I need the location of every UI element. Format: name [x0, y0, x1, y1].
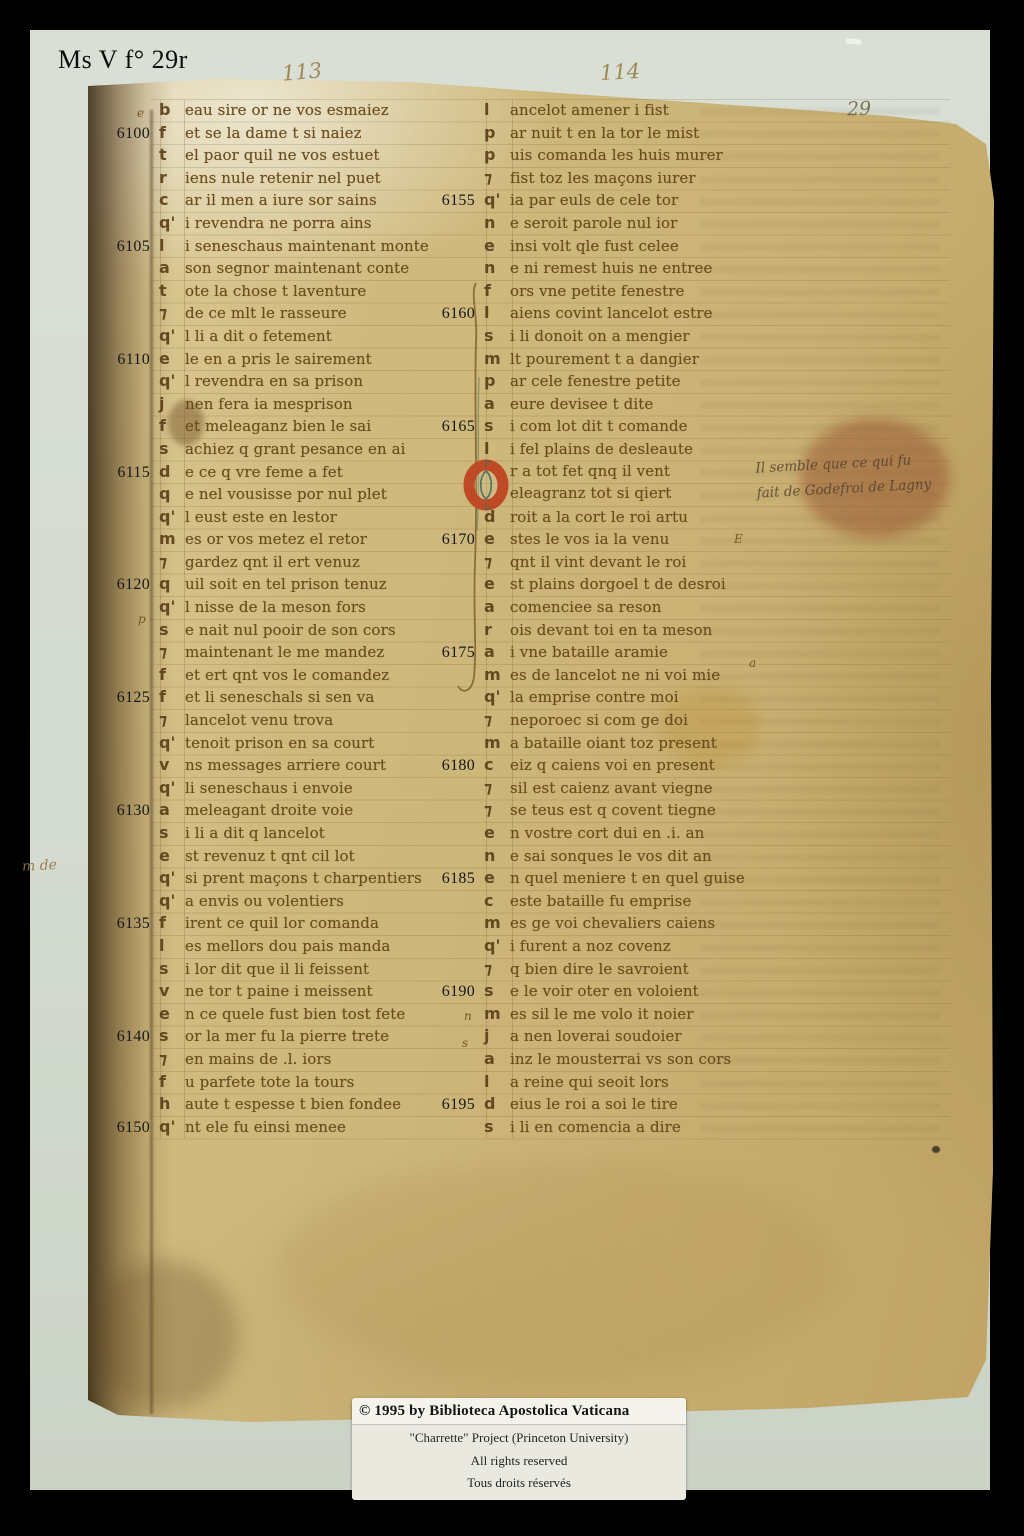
verse-line: q'li seneschaus i envoie — [103, 778, 455, 801]
printed-line-number: 6190 — [428, 983, 484, 1001]
verse-line: 6150q'nt ele fu einsi menee — [103, 1117, 455, 1140]
verse-initial: q' — [159, 868, 185, 887]
manuscript-scan: Ms V f° 29r 113 114 29 beau sire or ne v… — [0, 0, 1024, 1536]
verse-line: 6140sor la mer fu la pierre trete — [103, 1026, 455, 1049]
verse-text: la emprise contre moi — [510, 688, 864, 706]
verse-line: q'l eust este en lestor — [103, 507, 455, 530]
margin-guide-letter: s — [462, 1036, 468, 1050]
verse-initial: q' — [159, 597, 185, 616]
verse-line: q'tenoit prison en sa court — [103, 733, 455, 756]
verse-text: st plains dorgoel t de desroi — [510, 575, 864, 593]
verse-text: or la mer fu la pierre trete — [185, 1027, 455, 1045]
verse-line: 6120quil soit en tel prison tenuz — [103, 574, 455, 597]
verse-text: a nen loverai soudoier — [510, 1027, 864, 1045]
verse-initial: ⁊ — [484, 959, 510, 978]
verse-initial: h — [159, 1094, 185, 1113]
verse-initial: l — [484, 1072, 510, 1091]
printed-line-number: 6105 — [103, 238, 159, 256]
verse-initial: q — [159, 574, 185, 593]
verse-line: q'i revendra ne porra ains — [103, 213, 455, 236]
verse-line: 6100fet se la dame t si naiez — [103, 123, 455, 146]
verse-initial: r — [159, 168, 185, 187]
verse-text: uil soit en tel prison tenuz — [185, 575, 455, 593]
verse-text: irent ce quil lor comanda — [185, 914, 455, 932]
verse-text: ois devant toi en ta meson — [510, 621, 864, 639]
verse-text: eiz q caiens voi en present — [510, 756, 864, 774]
verse-initial: q' — [159, 213, 185, 232]
verse-initial: q' — [159, 891, 185, 910]
caption-project: "Charrette" Project (Princeton Universit… — [352, 1430, 686, 1447]
verse-initial: ⁊ — [484, 168, 510, 187]
verse-initial: ⁊ — [159, 1049, 185, 1068]
verse-text: es or vos metez el retor — [185, 530, 455, 548]
verse-initial: s — [159, 620, 185, 639]
caption-copyright: © 1995 by Biblioteca Apostolica Vaticana — [352, 1398, 686, 1424]
verse-text: st revenuz t qnt cil lot — [185, 847, 455, 865]
caption-card: © 1995 by Biblioteca Apostolica Vaticana… — [352, 1398, 686, 1500]
printed-line-number: 6185 — [428, 870, 484, 888]
verse-initial: n — [484, 213, 510, 232]
verse-initial: e — [159, 846, 185, 865]
verse-initial: m — [159, 529, 185, 548]
verse-initial: f — [159, 665, 185, 684]
verse-line: fet ert qnt vos le comandez — [103, 665, 455, 688]
verse-initial: s — [159, 1026, 185, 1045]
verse-line: si li a dit q lancelot — [103, 823, 455, 846]
verse-initial: ⁊ — [484, 778, 510, 797]
verse-text: et se la dame t si naiez — [185, 124, 455, 142]
verse-initial: a — [484, 1049, 510, 1068]
verse-line: riens nule retenir nel puet — [103, 168, 455, 191]
verse-text: comenciee sa reson — [510, 598, 864, 616]
verse-line: 6125fet li seneschals si sen va — [103, 687, 455, 710]
verse-line: mes or vos metez el retor — [103, 529, 455, 552]
verse-initial: p — [484, 123, 510, 142]
verse-line: ⁊fist toz les maçons iurer — [428, 168, 864, 191]
verse-line: mes sil le me volo it noier — [428, 1004, 864, 1027]
verse-initial: s — [159, 823, 185, 842]
verse-initial: ⁊ — [159, 710, 185, 729]
verse-line: ma bataille oiant toz present — [428, 733, 864, 756]
verse-initial: c — [484, 891, 510, 910]
verse-line: q'l revendra en sa prison — [103, 371, 455, 394]
printed-line-number: 6180 — [428, 757, 484, 775]
verse-initial: e — [484, 823, 510, 842]
verse-initial: q' — [159, 326, 185, 345]
verse-text: q bien dire le savroient — [510, 960, 864, 978]
verse-text: i lor dit que il li feissent — [185, 960, 455, 978]
verse-initial: b — [159, 100, 185, 119]
verse-line: 6185en quel meniere t en quel guise — [428, 868, 864, 891]
printed-line-number: 6135 — [103, 915, 159, 933]
verse-initial: s — [484, 1117, 510, 1136]
verse-initial: s — [484, 981, 510, 1000]
verse-initial: a — [159, 258, 185, 277]
verse-text: i furent a noz covenz — [510, 937, 864, 955]
verse-text: eure devisee t dite — [510, 395, 864, 413]
verse-line: mes ge voi chevaliers caiens — [428, 913, 864, 936]
verse-text: e seroit parole nul ior — [510, 214, 864, 232]
caption-rights-en: All rights reserved — [352, 1453, 686, 1470]
verse-initial: d — [484, 1094, 510, 1113]
verse-initial: q' — [159, 507, 185, 526]
verse-initial: f — [159, 416, 185, 435]
verse-line: 6135firent ce quil lor comanda — [103, 913, 455, 936]
verse-line: ⁊q bien dire le savroient — [428, 959, 864, 982]
verse-text: e ni remest huis ne entree — [510, 259, 864, 277]
verse-text: et li seneschals si sen va — [185, 688, 455, 706]
verse-line: jnen fera ia mesprison — [103, 394, 455, 417]
verse-line: les mellors dou pais manda — [103, 936, 455, 959]
printed-line-number: 6110 — [103, 351, 159, 369]
verse-text: i vne bataille aramie — [510, 643, 864, 661]
verse-text: inz le mousterrai vs son cors — [510, 1050, 864, 1068]
verse-text: nen fera ia mesprison — [185, 395, 455, 413]
verse-line: q'i furent a noz covenz — [428, 936, 864, 959]
verse-line: ⁊se teus est q covent tiegne — [428, 800, 864, 823]
verse-text: gardez qnt il ert venuz — [185, 553, 455, 571]
verse-text: u parfete tote la tours — [185, 1073, 455, 1091]
verse-text: es de lancelot ne ni voi mie — [510, 666, 864, 684]
verse-initial: m — [484, 733, 510, 752]
verse-initial: l — [159, 236, 185, 255]
verse-text: de ce mlt le rasseure — [185, 304, 455, 322]
verse-initial: q — [159, 484, 185, 503]
verse-line: 6155q'ia par euls de cele tor — [428, 190, 864, 213]
verse-text: es ge voi chevaliers caiens — [510, 914, 864, 932]
verse-initial: q' — [484, 936, 510, 955]
verse-initial: q' — [159, 778, 185, 797]
verse-line: si li en comencia a dire — [428, 1117, 864, 1140]
verse-line: einsi volt qle fust celee — [428, 236, 864, 259]
verse-initial: ⁊ — [484, 710, 510, 729]
margin-guide-letter: E — [734, 532, 743, 546]
verse-initial: s — [159, 959, 185, 978]
verse-initial: j — [159, 394, 185, 413]
verse-initial: c — [484, 755, 510, 774]
verse-text: roit a la cort le roi artu — [510, 508, 864, 526]
verse-initial: d — [159, 462, 185, 481]
verse-line: ne ni remest huis ne entree — [428, 258, 864, 281]
verse-text: se teus est q covent tiegne — [510, 801, 864, 819]
verse-line: qe nel vousisse por nul plet — [103, 484, 455, 507]
verse-initial: ⁊ — [159, 303, 185, 322]
verse-line: ⁊gardez qnt il ert venuz — [103, 552, 455, 575]
verse-text: si prent maçons t charpentiers — [185, 869, 455, 887]
verse-initial: t — [159, 145, 185, 164]
printed-line-number: 6120 — [103, 576, 159, 594]
verse-text: qnt il vint devant le roi — [510, 553, 864, 571]
verse-line: la reine qui seoit lors — [428, 1072, 864, 1095]
verse-line: 6130ameleagant droite voie — [103, 800, 455, 823]
verse-text: uis comanda les huis murer — [510, 146, 864, 164]
verse-initial: j — [484, 1026, 510, 1045]
verse-line: ⁊maintenant le me mandez — [103, 642, 455, 665]
verse-initial: e — [484, 236, 510, 255]
verse-initial: t — [159, 281, 185, 300]
verse-initial: f — [159, 123, 185, 142]
verse-text: n vostre cort dui en .i. an — [510, 824, 864, 842]
verse-line: ja nen loverai soudoier — [428, 1026, 864, 1049]
verse-initial: q' — [484, 190, 510, 209]
verse-initial: f — [159, 913, 185, 932]
verse-text: i li donoit on a mengier — [510, 327, 864, 345]
printed-line-number: 6140 — [103, 1028, 159, 1046]
verse-line: 6190se le voir oter en voloient — [428, 981, 864, 1004]
verse-text: eau sire or ne vos esmaiez — [185, 101, 455, 119]
shelfmark-label: Ms V f° 29r — [58, 45, 188, 75]
verse-text: l nisse de la meson fors — [185, 598, 455, 616]
verse-initial: ⁊ — [484, 800, 510, 819]
verse-line: ⁊sil est caienz avant viegne — [428, 778, 864, 801]
verse-text: insi volt qle fust celee — [510, 237, 864, 255]
parchment-mottling — [278, 1160, 838, 1380]
verse-initial: a — [159, 800, 185, 819]
verse-line: ⁊de ce mlt le rasseure — [103, 303, 455, 326]
verse-line: se nait nul pooir de son cors — [103, 620, 455, 643]
verse-line: tote la chose t laventure — [103, 281, 455, 304]
verse-text: stes le vos ia la venu — [510, 530, 864, 548]
verse-line: si lor dit que il li feissent — [103, 959, 455, 982]
verse-text: i revendra ne porra ains — [185, 214, 455, 232]
verse-text: sil est caienz avant viegne — [510, 779, 864, 797]
verse-text: ia par euls de cele tor — [510, 191, 864, 209]
handwritten-page-number-right: 114 — [599, 59, 640, 85]
printed-line-number: 6130 — [103, 802, 159, 820]
printed-line-number: 6150 — [103, 1119, 159, 1137]
verse-text: i li en comencia a dire — [510, 1118, 864, 1136]
verse-initial: s — [159, 439, 185, 458]
verse-initial: e — [159, 1004, 185, 1023]
handwritten-page-number-left: 113 — [281, 58, 323, 85]
verse-text: n quel meniere t en quel guise — [510, 869, 864, 887]
verse-line: par nuit t en la tor le mist — [428, 123, 864, 146]
verse-line: ainz le mousterrai vs son cors — [428, 1049, 864, 1072]
verse-line: q'si prent maçons t charpentiers — [103, 868, 455, 891]
verse-line: sachiez q grant pesance en ai — [103, 439, 455, 462]
verse-text: es mellors dou pais manda — [185, 937, 455, 955]
verse-text: maintenant le me mandez — [185, 643, 455, 661]
printed-line-number: 6155 — [428, 192, 484, 210]
verse-text: l li a dit o fetement — [185, 327, 455, 345]
verse-initial: ⁊ — [159, 552, 185, 571]
verse-text: li seneschaus i envoie — [185, 779, 455, 797]
verse-text: e nait nul pooir de son cors — [185, 621, 455, 639]
verse-line: est revenuz t qnt cil lot — [103, 846, 455, 869]
verse-text: eius le roi a soi le tire — [510, 1095, 864, 1113]
verse-text: ar nuit t en la tor le mist — [510, 124, 864, 142]
verse-initial: n — [484, 846, 510, 865]
verse-text: aiens covint lancelot estre — [510, 304, 864, 322]
verse-line: q'l li a dit o fetement — [103, 326, 455, 349]
verse-line: en ce quele fust bien tost fete — [103, 1004, 455, 1027]
verse-text: e nel vousisse por nul plet — [185, 485, 455, 503]
verse-text: a bataille oiant toz present — [510, 734, 864, 752]
verse-line: car il men a iure sor sains — [103, 190, 455, 213]
verse-text: et meleaganz bien le sai — [185, 417, 455, 435]
verse-text: le en a pris le sairement — [185, 350, 455, 368]
verse-text: a envis ou volentiers — [185, 892, 455, 910]
printed-line-number: 6115 — [103, 464, 159, 482]
verse-text: aute t espesse t bien fondee — [185, 1095, 455, 1113]
verse-text: ancelot amener i fist — [510, 101, 864, 119]
verse-line: vns messages arriere court — [103, 755, 455, 778]
verse-initial: m — [484, 1004, 510, 1023]
verse-text: nt ele fu einsi menee — [185, 1118, 455, 1136]
verse-line: beau sire or ne vos esmaiez — [103, 100, 455, 123]
verse-initial: f — [159, 1072, 185, 1091]
verse-initial: m — [484, 913, 510, 932]
caption-rights-fr: Tous droits réservés — [352, 1475, 686, 1492]
verse-initial: q' — [159, 733, 185, 752]
verse-text: ar cele fenestre petite — [510, 372, 864, 390]
verse-line: ⁊lancelot venu trova — [103, 710, 455, 733]
verse-text: ote la chose t laventure — [185, 282, 455, 300]
verse-text: lancelot venu trova — [185, 711, 455, 729]
margin-guide-letter: e — [137, 106, 144, 120]
verse-line: ⁊en mains de .l. iors — [103, 1049, 455, 1072]
verse-text: l eust este en lestor — [185, 508, 455, 526]
verse-text: en mains de .l. iors — [185, 1050, 455, 1068]
verse-line: ne sai sonques le vos dit an — [428, 846, 864, 869]
verse-line: vne tor t paine i meissent — [103, 981, 455, 1004]
verse-line: lancelot amener i fist — [428, 100, 864, 123]
verse-line: en vostre cort dui en .i. an — [428, 823, 864, 846]
verse-initial: q' — [159, 371, 185, 390]
verse-line: 6105li seneschaus maintenant monte — [103, 236, 455, 259]
verse-text: e sai sonques le vos dit an — [510, 847, 864, 865]
parchment-mottling — [88, 1260, 238, 1410]
verse-text: achiez q grant pesance en ai — [185, 440, 455, 458]
verse-initial: e — [159, 349, 185, 368]
left-edge-text-fragment: m de — [22, 857, 58, 875]
verse-text: ne tor t paine i meissent — [185, 982, 455, 1000]
verse-line: fu parfete tote la tours — [103, 1072, 455, 1095]
verse-text: ns messages arriere court — [185, 756, 455, 774]
verse-text: i li a dit q lancelot — [185, 824, 455, 842]
verse-initial: f — [159, 687, 185, 706]
verse-text: ar il men a iure sor sains — [185, 191, 455, 209]
verse-text: son segnor maintenant conte — [185, 259, 455, 277]
verse-text: i com lot dit t comande — [510, 417, 864, 435]
margin-guide-letter: a — [749, 656, 756, 670]
verse-line: ceste bataille fu emprise — [428, 891, 864, 914]
verse-line: 6180ceiz q caiens voi en present — [428, 755, 864, 778]
verse-text: e ce q vre feme a fet — [185, 463, 455, 481]
printed-line-number: 6100 — [103, 125, 159, 143]
verse-text: meleagant droite voie — [185, 801, 455, 819]
verse-line: 6115de ce q vre feme a fet — [103, 462, 455, 485]
margin-guide-letter: n — [464, 1009, 472, 1023]
verse-text: lt pourement t a dangier — [510, 350, 864, 368]
margin-guide-letter: p — [138, 612, 146, 626]
verse-line: 6195deius le roi a soi le tire — [428, 1094, 864, 1117]
verse-initial: v — [159, 755, 185, 774]
verse-text: tenoit prison en sa court — [185, 734, 455, 752]
verse-line: q'l nisse de la meson fors — [103, 597, 455, 620]
decorated-initial-O — [461, 457, 511, 513]
verse-line: ne seroit parole nul ior — [428, 213, 864, 236]
verse-line: puis comanda les huis murer — [428, 145, 864, 168]
verse-text: l revendra en sa prison — [185, 372, 455, 390]
verse-initial: e — [484, 868, 510, 887]
verse-initial: v — [159, 981, 185, 1000]
verse-text: a reine qui seoit lors — [510, 1073, 864, 1091]
verse-text: e le voir oter en voloient — [510, 982, 864, 1000]
verse-text: neporoec si com ge doi — [510, 711, 864, 729]
printed-line-number: 6195 — [428, 1096, 484, 1114]
verse-initial: ⁊ — [159, 642, 185, 661]
verse-text: este bataille fu emprise — [510, 892, 864, 910]
verse-line: ⁊neporoec si com ge doi — [428, 710, 864, 733]
verse-line: haute t espesse t bien fondee — [103, 1094, 455, 1117]
verse-initial: l — [159, 936, 185, 955]
text-column-left: beau sire or ne vos esmaiez6100fet se la… — [103, 100, 455, 1139]
verse-text: fist toz les maçons iurer — [510, 169, 864, 187]
verse-initial: c — [159, 190, 185, 209]
printed-line-number: 6125 — [103, 689, 159, 707]
verse-text: iens nule retenir nel puet — [185, 169, 455, 187]
verse-text: i seneschaus maintenant monte — [185, 237, 455, 255]
verse-line: tel paor quil ne vos estuet — [103, 145, 455, 168]
verse-text: el paor quil ne vos estuet — [185, 146, 455, 164]
verse-initial: l — [484, 100, 510, 119]
verse-initial: p — [484, 145, 510, 164]
verse-line: fet meleaganz bien le sai — [103, 416, 455, 439]
verse-text: ors vne petite fenestre — [510, 282, 864, 300]
verse-initial: n — [484, 258, 510, 277]
verse-initial: q' — [159, 1117, 185, 1136]
verse-text: n ce quele fust bien tost fete — [185, 1005, 455, 1023]
verse-text: et ert qnt vos le comandez — [185, 666, 455, 684]
verse-line: ason segnor maintenant conte — [103, 258, 455, 281]
verse-line: 6110ele en a pris le sairement — [103, 349, 455, 372]
verse-text: es sil le me volo it noier — [510, 1005, 864, 1023]
verse-line: q'a envis ou volentiers — [103, 891, 455, 914]
